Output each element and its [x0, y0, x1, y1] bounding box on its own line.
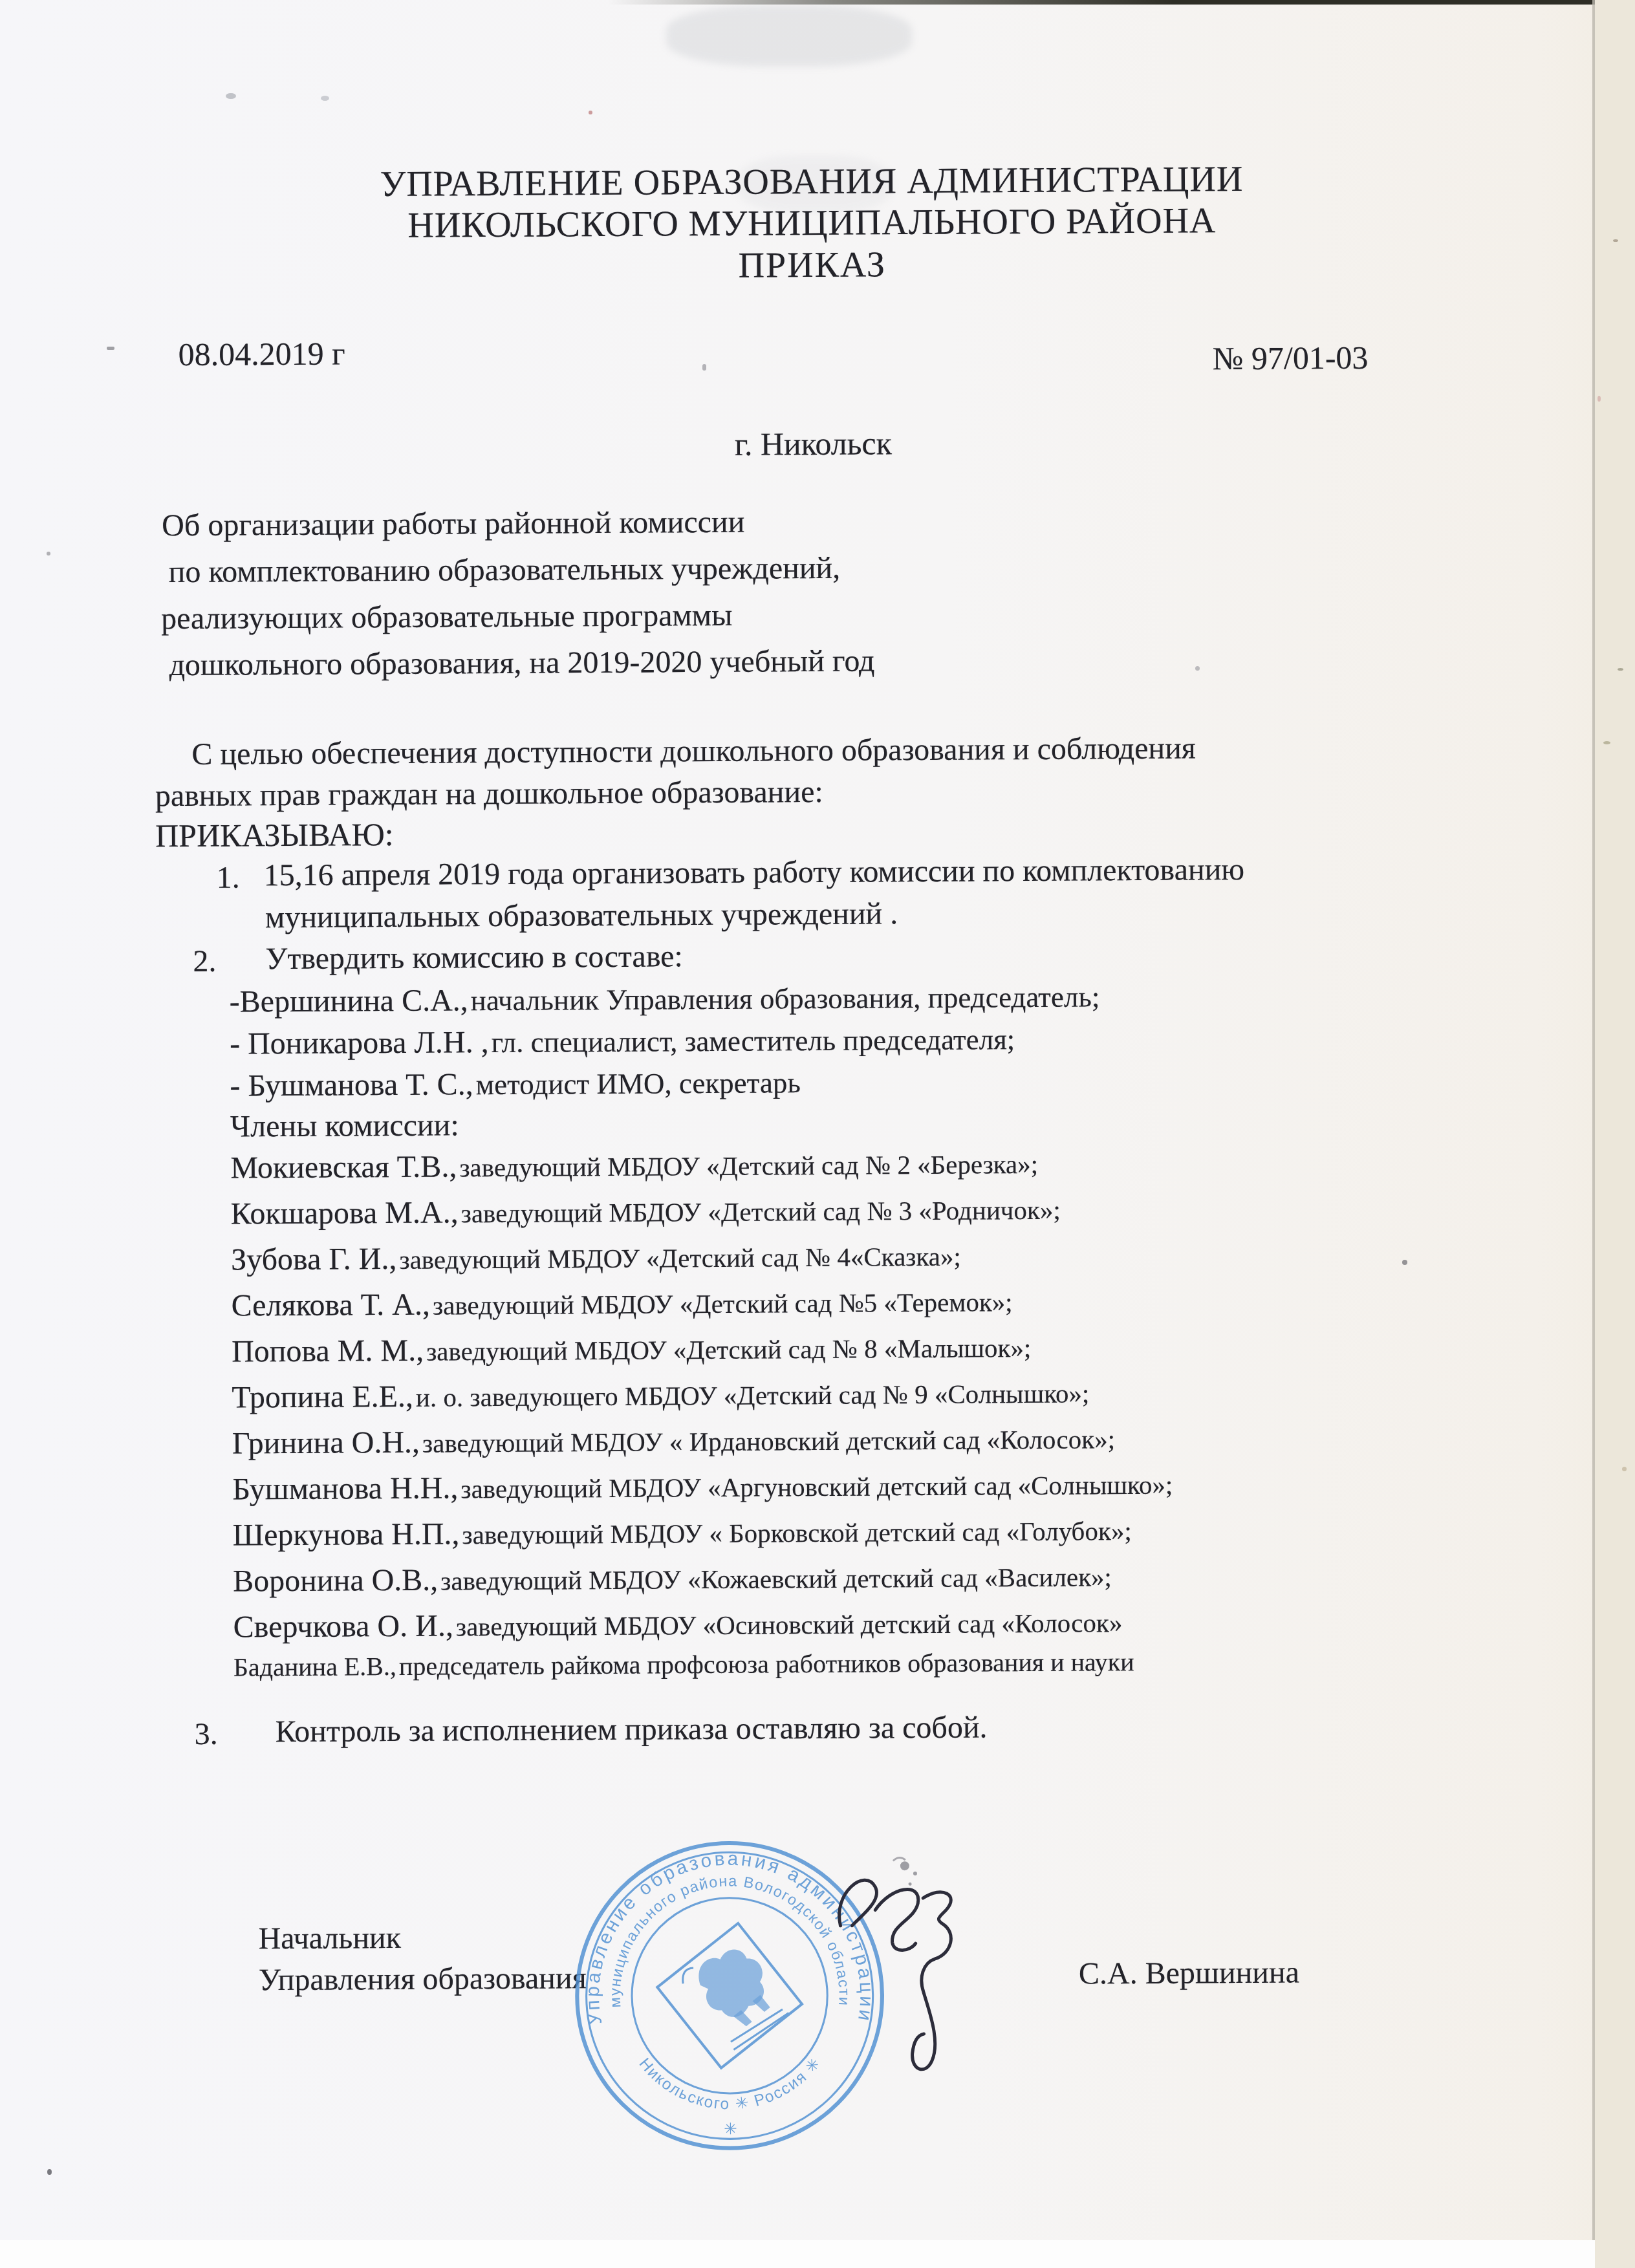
member-role: и. о. заведующего МБДОУ «Детский сад № 9… [416, 1378, 1090, 1412]
leader-name: -Вершинина С.А., [230, 983, 468, 1019]
member-role: заведующий МБДОУ «Детский сад № 8 «Малыш… [426, 1333, 1031, 1366]
item2-number: 2. [193, 944, 216, 979]
member-name: Гринина О.Н., [232, 1425, 420, 1461]
member-name: Тропина Е.Е., [232, 1379, 413, 1415]
signature-stroke [911, 1892, 952, 2069]
emblem-figure [686, 1936, 777, 2027]
member-line: Кокшарова М.А., заведующий МБДОУ «Детски… [231, 1193, 1061, 1231]
member-name: Баданина Е.В., [233, 1652, 396, 1682]
member-line: Селякова Т. А., заведующий МБДОУ «Детски… [231, 1285, 1012, 1323]
member-name: Селякова Т. А., [231, 1288, 430, 1323]
member-name: Кокшарова М.А., [231, 1195, 459, 1231]
signer-name: С.А. Вершинина [1079, 1956, 1299, 1990]
signature-stroke [839, 1880, 877, 1926]
member-role: заведующий МБДОУ «Осиновский детский сад… [456, 1608, 1123, 1641]
stamp-bottom-text: Никольского ✳ Россия ✳ [635, 2054, 825, 2114]
member-line-last: Баданина Е.В., председатель райкома проф… [233, 1648, 1134, 1681]
member-line: Гринина О.Н., заведующий МБДОУ « Ирданов… [232, 1422, 1115, 1460]
intro-line-2: равных прав граждан на дошкольное образо… [155, 776, 823, 813]
member-line: Шеркунова Н.П., заведующий МБДОУ « Борко… [233, 1514, 1132, 1552]
member-role: председатель райкома профсоюза работнико… [399, 1647, 1134, 1681]
intro-line-1: С целью обеспечения доступности дошкольн… [191, 732, 1196, 771]
item1-line-2: муниципальных образовательных учреждений… [265, 898, 898, 934]
header-line-2: НИКОЛЬСКОГО МУНИЦИПАЛЬНОГО РАЙОНА [0, 199, 1630, 247]
leader-name: - Поникарова Л.Н. , [230, 1025, 489, 1061]
city-line: г. Никольск [0, 422, 1631, 466]
header-line-1: УПРАВЛЕНИЕ ОБРАЗОВАНИЯ АДМИНИСТРАЦИИ [0, 158, 1629, 206]
item2-title: Утвердить комиссию в составе: [265, 940, 683, 975]
subject-line-3: реализующих образовательные программы [161, 599, 733, 636]
member-role: заведующий МБДОУ «Детский сад № 4«Сказка… [399, 1242, 961, 1275]
leader-line: -Вершинина С.А., начальник Управления об… [230, 980, 1100, 1019]
subject-line-4: дошкольного образования, на 2019-2020 уч… [169, 645, 874, 682]
member-role: заведующий МБДОУ «Кожаевский детский сад… [440, 1562, 1112, 1595]
member-line: Зубова Г. И., заведующий МБДОУ «Детский … [231, 1240, 961, 1277]
item3-number: 3. [194, 1716, 217, 1752]
leader-role: гл. специалист, заместитель председателя… [491, 1023, 1015, 1059]
signer-post-line-1: Начальник [258, 1922, 401, 1956]
order-number: № 97/01-03 [1213, 341, 1369, 376]
decree-word: ПРИКАЗЫВАЮ: [155, 817, 394, 853]
member-role: заведующий МБДОУ « Борковской детский са… [462, 1516, 1131, 1550]
member-name: Зубова Г. И., [231, 1242, 396, 1277]
member-name: Сверчкова О. И., [233, 1608, 453, 1644]
member-role: заведующий МБДОУ «Аргуновский детский са… [460, 1470, 1173, 1504]
signer-post-line-2: Управления образования [259, 1962, 587, 1996]
member-name: Бушманова Н.Н., [232, 1471, 458, 1506]
member-line: Воронина О.В., заведующий МБДОУ «Кожаевс… [233, 1560, 1112, 1598]
member-name: Шеркунова Н.П., [233, 1517, 460, 1552]
leader-role: методист ИМО, секретарь [476, 1066, 801, 1101]
members-title: Члены комиссии: [230, 1109, 459, 1143]
stamp-bottom-star: ✳ [724, 2121, 737, 2138]
member-line: Тропина Е.Е., и. о. заведующего МБДОУ «Д… [232, 1376, 1089, 1414]
svg-text:Никольского ✳ Россия ✳: Никольского ✳ Россия ✳ [635, 2054, 825, 2114]
item3-text: Контроль за исполнением приказа оставляю… [275, 1711, 987, 1748]
scanned-document-page: УПРАВЛЕНИЕ ОБРАЗОВАНИЯ АДМИНИСТРАЦИИ НИК… [0, 0, 1635, 2268]
leader-line: - Бушманова Т. С., методист ИМО, секрета… [230, 1066, 801, 1103]
member-name: Мокиевская Т.В., [230, 1149, 457, 1185]
member-role: заведующий МБДОУ «Детский сад № 3 «Родни… [460, 1195, 1060, 1229]
member-line: Попова М. М., заведующий МБДОУ «Детский … [232, 1331, 1032, 1368]
signature-stroke [875, 1889, 918, 1950]
document-content: УПРАВЛЕНИЕ ОБРАЗОВАНИЯ АДМИНИСТРАЦИИ НИК… [0, 0, 1635, 2268]
leader-name: - Бушманова Т. С., [230, 1067, 473, 1103]
item1-number: 1. [216, 859, 239, 895]
item1-line-1: 15,16 апреля 2019 года организовать рабо… [263, 854, 1244, 892]
leader-line: - Поникарова Л.Н. , гл. специалист, заме… [230, 1023, 1015, 1061]
stamp-emblem [657, 1923, 802, 2068]
member-role: заведующий МБДОУ « Ирдановский детский с… [422, 1424, 1115, 1458]
handwritten-signature [813, 1847, 1022, 2133]
order-date: 08.04.2019 г [178, 336, 345, 371]
leader-role: начальник Управления образования, предсе… [471, 980, 1100, 1017]
header-line-3: ПРИКАЗ [0, 241, 1630, 289]
member-line: Сверчкова О. И., заведующий МБДОУ «Осино… [233, 1606, 1122, 1644]
member-line: Мокиевская Т.В., заведующий МБДОУ «Детск… [230, 1147, 1038, 1185]
subject-line-2: по комплектованию образовательных учрежд… [169, 552, 841, 589]
subject-line-1: Об организации работы районной комиссии [162, 506, 744, 543]
member-name: Попова М. М., [232, 1334, 424, 1369]
member-role: заведующий МБДОУ «Детский сад № 2 «Берез… [459, 1149, 1038, 1182]
member-name: Воронина О.В., [233, 1563, 438, 1599]
member-role: заведующий МБДОУ «Детский сад №5 «Теремо… [433, 1287, 1013, 1320]
signature-ink-specks [893, 1857, 917, 1885]
member-line: Бушманова Н.Н., заведующий МБДОУ «Аргуно… [232, 1468, 1173, 1506]
